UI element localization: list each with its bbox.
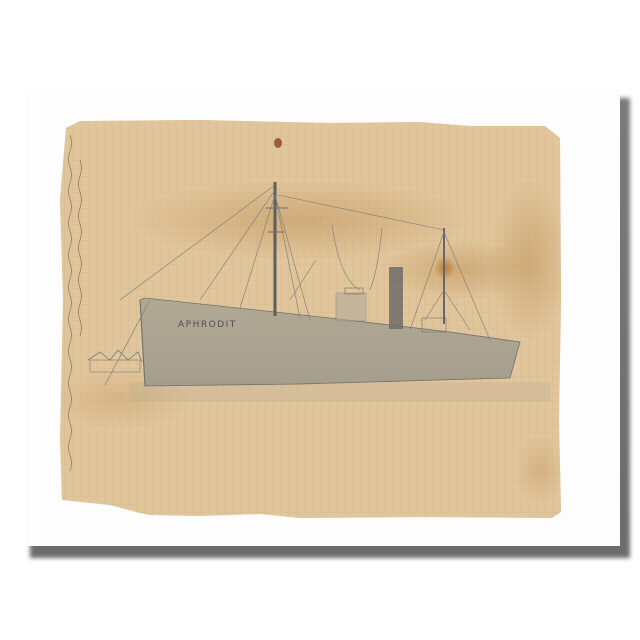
- ship-name-text: APHRODIT: [178, 320, 237, 330]
- sketch-artwork: APHRODIT: [0, 0, 640, 640]
- paper-sheet: [50, 115, 570, 525]
